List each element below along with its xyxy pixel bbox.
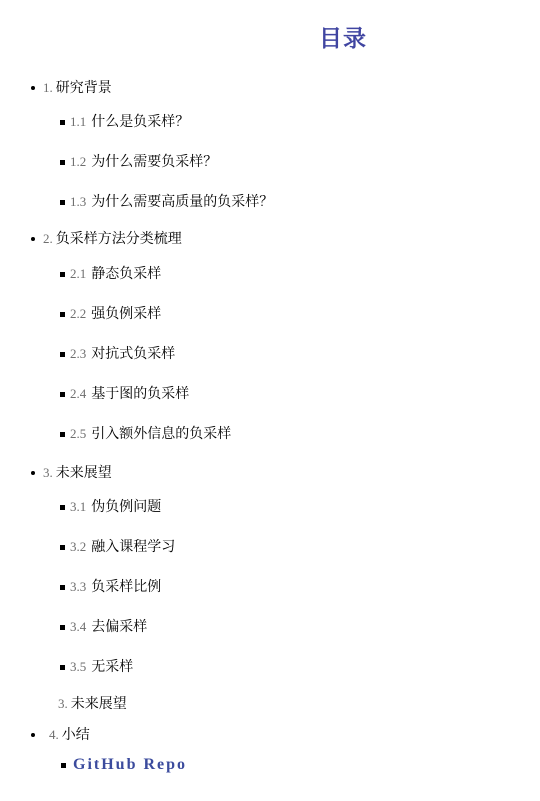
bullet-square-icon <box>60 392 65 397</box>
toc-item-label: 研究背景 <box>56 81 112 96</box>
bullet-square-icon <box>60 665 65 670</box>
toc-subitem-2-5: 2.5引入额外信息的负采样 <box>0 424 540 444</box>
toc-item-label: 引入额外信息的负采样 <box>91 427 231 442</box>
toc-item-number: 2.5 <box>70 426 86 441</box>
toc-item-number: 2. <box>43 231 53 246</box>
toc-item-number: 1.2 <box>70 154 86 169</box>
toc-item-label: 未来展望 <box>71 697 127 712</box>
toc-item-number: 3.3 <box>70 579 86 594</box>
bullet-disc-icon <box>31 86 35 90</box>
toc-item-label: 强负例采样 <box>91 307 161 322</box>
toc-item-number: 3.2 <box>70 539 86 554</box>
toc-subitem-2-4: 2.4基于图的负采样 <box>0 384 540 404</box>
toc-subitem-3-4: 3.4去偏采样 <box>0 617 540 637</box>
bullet-square-icon <box>60 160 65 165</box>
toc-item-label: 为什么需要负采样？ <box>91 155 217 170</box>
toc-item-label: 负采样方法分类梳理 <box>56 232 182 247</box>
toc-item-label: 负采样比例 <box>91 580 161 595</box>
toc-item-3: 3.未来展望 <box>0 463 540 483</box>
toc-item-label: 伪负例问题 <box>91 500 161 515</box>
bullet-square-icon <box>60 200 65 205</box>
bullet-square-icon <box>60 545 65 550</box>
bullet-square-icon <box>60 625 65 630</box>
toc-item-label: 什么是负采样？ <box>91 115 189 130</box>
page-title: 目录 <box>319 20 367 53</box>
bullet-square-icon <box>60 432 65 437</box>
toc-subitem-2-3: 2.3对抗式负采样 <box>0 344 540 364</box>
toc-item-2: 2.负采样方法分类梳理 <box>0 229 540 249</box>
toc-loose-line-future-outlook: 3.未来展望 <box>0 694 540 714</box>
toc-subitem-github-repo: GitHub Repo <box>0 754 540 776</box>
toc-item-label: 融入课程学习 <box>91 540 175 555</box>
toc-item-label: 对抗式负采样 <box>91 347 175 362</box>
toc-subitem-1-2: 1.2为什么需要负采样？ <box>0 152 540 172</box>
toc-item-label: 无采样 <box>91 660 133 675</box>
toc-item-label: 去偏采样 <box>91 620 147 635</box>
bullet-disc-icon <box>31 733 35 737</box>
toc-subitem-3-2: 3.2融入课程学习 <box>0 537 540 557</box>
toc-subitem-3-1: 3.1伪负例问题 <box>0 497 540 517</box>
toc-item-number: 1.1 <box>70 114 86 129</box>
toc-item-number: 1. <box>43 80 53 95</box>
toc-subitem-2-2: 2.2强负例采样 <box>0 304 540 324</box>
toc-item-number: 3.5 <box>70 659 86 674</box>
toc-item-number: 3. <box>58 696 68 711</box>
toc-item-number: 4. <box>49 727 59 742</box>
bullet-square-icon <box>60 120 65 125</box>
bullet-square-icon <box>60 585 65 590</box>
bullet-disc-icon <box>31 471 35 475</box>
toc-item-number: 2.2 <box>70 306 86 321</box>
toc-item-label: 未来展望 <box>56 466 112 481</box>
toc-item-number: 3.1 <box>70 499 86 514</box>
toc-subitem-3-3: 3.3负采样比例 <box>0 577 540 597</box>
bullet-square-icon <box>61 763 66 768</box>
toc-item-number: 1.3 <box>70 194 86 209</box>
toc-subitem-3-5: 3.5无采样 <box>0 657 540 677</box>
bullet-square-icon <box>60 505 65 510</box>
bullet-disc-icon <box>31 237 35 241</box>
toc-item-number: 2.4 <box>70 386 86 401</box>
bullet-square-icon <box>60 352 65 357</box>
toc-item-number: 2.3 <box>70 346 86 361</box>
toc-subitem-1-3: 1.3为什么需要高质量的负采样？ <box>0 192 540 212</box>
toc-item-4: 4.小结 <box>0 725 540 745</box>
toc-item-label: 为什么需要高质量的负采样？ <box>91 195 273 210</box>
toc-subitem-1-1: 1.1什么是负采样？ <box>0 112 540 132</box>
toc-item-number: 3.4 <box>70 619 86 634</box>
toc-subitem-2-1: 2.1静态负采样 <box>0 264 540 284</box>
toc-item-1: 1.研究背景 <box>0 78 540 98</box>
bullet-square-icon <box>60 312 65 317</box>
toc-item-label: 基于图的负采样 <box>91 387 189 402</box>
bullet-square-icon <box>60 272 65 277</box>
toc-item-number: 3. <box>43 465 53 480</box>
toc-item-label: 小结 <box>62 728 90 743</box>
github-repo-link[interactable]: GitHub Repo <box>73 756 187 773</box>
toc-item-number: 2.1 <box>70 266 86 281</box>
toc-item-label: 静态负采样 <box>91 267 161 282</box>
